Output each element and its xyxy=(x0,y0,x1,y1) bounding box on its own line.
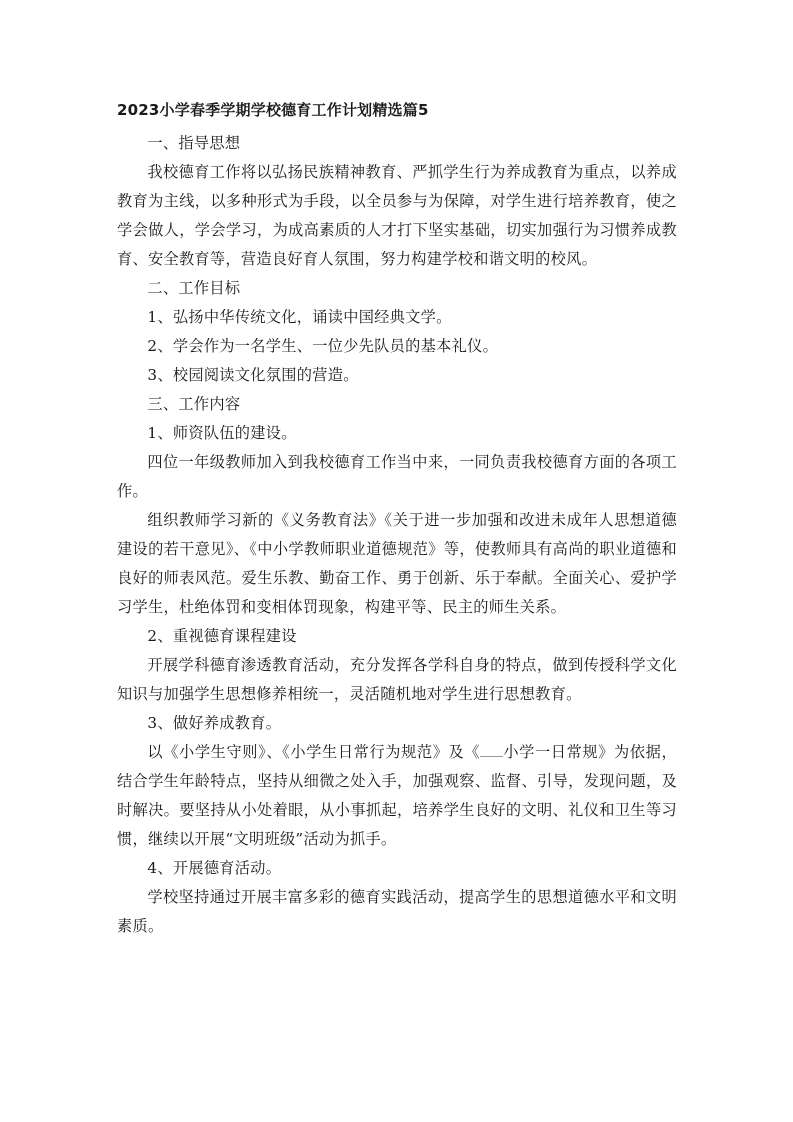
section-heading-guiding-thought: 一、指导思想 xyxy=(117,129,677,158)
goal-item-2: 2、学会作为一名学生、一位少先队员的基本礼仪。 xyxy=(117,332,677,361)
document-content: 2023小学春季学期学校德育工作计划精选篇5 一、指导思想 我校德育工作将以弘扬… xyxy=(117,100,677,941)
goal-item-1: 1、弘扬中华传统文化，诵读中国经典文学。 xyxy=(117,303,677,332)
content-item-1-heading: 1、师资队伍的建设。 xyxy=(117,419,677,448)
paragraph-habit-education: 以《小学生守则》、《小学生日常行为规范》及《小学一日常规》为依据，结合学生年龄特… xyxy=(117,738,677,854)
paragraph-teacher-study: 组织教师学习新的《义务教育法》《关于进一步加强和改进未成年人思想道德建设的若干意… xyxy=(117,506,677,622)
fill-in-blank xyxy=(480,742,503,757)
paragraph-guiding-thought-body: 我校德育工作将以弘扬民族精神教育、严抓学生行为养成教育为重点，以养成教育为主线，… xyxy=(117,158,677,274)
paragraph-teacher-team: 四位一年级教师加入到我校德育工作当中来，一同负责我校德育方面的各项工作。 xyxy=(117,448,677,506)
document-title: 2023小学春季学期学校德育工作计划精选篇5 xyxy=(117,100,677,120)
document-page: 2023小学春季学期学校德育工作计划精选篇5 一、指导思想 我校德育工作将以弘扬… xyxy=(0,0,793,1122)
content-item-2-heading: 2、重视德育课程建设 xyxy=(117,622,677,651)
goal-item-3: 3、校园阅读文化氛围的营造。 xyxy=(117,361,677,390)
habit-text-before-blank: 以《小学生守则》、《小学生日常行为规范》及《 xyxy=(147,743,480,761)
content-item-3-heading: 3、做好养成教育。 xyxy=(117,709,677,738)
paragraph-curriculum: 开展学科德育渗透教育活动，充分发挥各学科自身的特点，做到传授科学文化知识与加强学… xyxy=(117,651,677,709)
section-heading-work-goals: 二、工作目标 xyxy=(117,274,677,303)
section-heading-work-content: 三、工作内容 xyxy=(117,390,677,419)
paragraph-moral-activities: 学校坚持通过开展丰富多彩的德育实践活动，提高学生的思想道德水平和文明素质。 xyxy=(117,883,677,941)
content-item-4-heading: 4、开展德育活动。 xyxy=(117,854,677,883)
